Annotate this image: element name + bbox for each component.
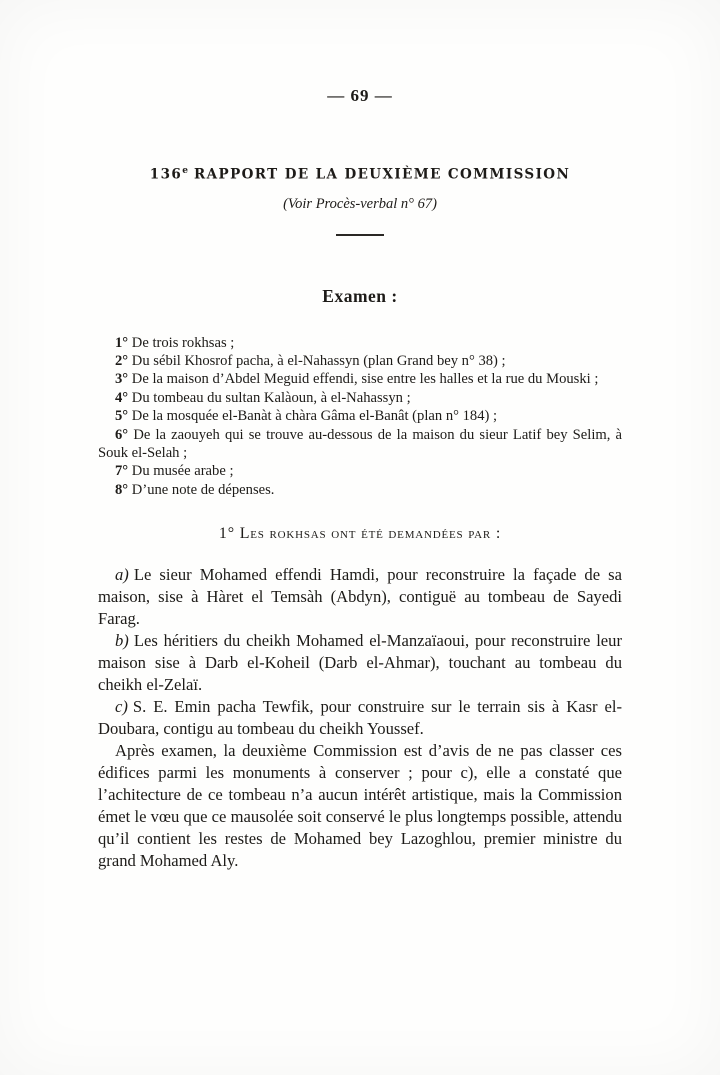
- list-item-number: 7°: [115, 463, 128, 479]
- section-number: 1°: [219, 525, 235, 542]
- report-title-number: 136: [150, 167, 182, 183]
- list-item: 6° De la zaouyeh qui se trouve au-dessou…: [98, 426, 622, 463]
- list-item-number: 5°: [115, 408, 128, 424]
- list-item-number: 6°: [115, 427, 128, 443]
- list-item-number: 2°: [115, 353, 128, 369]
- paragraph-text: Le sieur Mohamed effendi Hamdi, pour rec…: [98, 565, 622, 628]
- paragraph-b: b)Les héritiers du cheikh Mohamed el-Man…: [98, 630, 622, 696]
- list-item-text: Du tombeau du sultan Kalàoun, à el-Nahas…: [132, 390, 411, 406]
- list-item-text: D’une note de dépenses.: [132, 482, 275, 498]
- list-item-text: De la mosquée el-Banàt à chàra Gâma el-B…: [132, 408, 497, 424]
- report-subtitle: (Voir Procès-verbal n° 67): [0, 196, 720, 213]
- page-number: — 69 —: [0, 86, 720, 106]
- paragraph-marker: b): [115, 631, 129, 650]
- list-item: 8° D’une note de dépenses.: [98, 481, 622, 499]
- list-item-text: De la zaouyeh qui se trouve au-dessous d…: [98, 427, 622, 461]
- list-item-text: De la maison d’Abdel Meguid effendi, sis…: [132, 371, 599, 387]
- list-item-number: 1°: [115, 335, 128, 351]
- paragraph-marker: a): [115, 565, 129, 584]
- paragraph-conclusion: Après examen, la deuxième Commission est…: [98, 740, 622, 872]
- section-heading: 1° Les rokhsas ont été demandées par :: [98, 525, 622, 543]
- list-item: 5° De la mosquée el-Banàt à chàra Gâma e…: [98, 407, 622, 425]
- list-item-number: 8°: [115, 482, 128, 498]
- list-item-number: 3°: [115, 371, 128, 387]
- report-title-ordinal: e: [182, 166, 188, 176]
- body-paragraphs: a)Le sieur Mohamed effendi Hamdi, pour r…: [98, 564, 622, 872]
- paragraph-c: c)S. E. Emin pacha Tewfik, pour construi…: [98, 696, 622, 740]
- list-item-number: 4°: [115, 390, 128, 406]
- list-item-text: Du sébil Khosrof pacha, à el-Nahassyn (p…: [132, 353, 506, 369]
- report-title-text: RAPPORT DE LA DEUXIÈME COMMISSION: [194, 167, 570, 183]
- list-item: 7° Du musée arabe ;: [98, 462, 622, 480]
- examined-items-list: 1° De trois rokhsas ; 2° Du sébil Khosro…: [98, 334, 622, 500]
- list-item: 1° De trois rokhsas ;: [98, 334, 622, 352]
- list-item-text: Du musée arabe ;: [132, 463, 234, 479]
- separator-rule: [336, 234, 384, 236]
- list-item-text: De trois rokhsas ;: [132, 335, 235, 351]
- list-item: 3° De la maison d’Abdel Meguid effendi, …: [98, 370, 622, 388]
- list-item: 2° Du sébil Khosrof pacha, à el-Nahassyn…: [98, 352, 622, 370]
- paragraph-text: S. E. Emin pacha Tewfik, pour construire…: [98, 697, 622, 738]
- list-item: 4° Du tombeau du sultan Kalàoun, à el-Na…: [98, 389, 622, 407]
- examen-heading: Examen :: [0, 286, 720, 307]
- section-heading-text: Les rokhsas ont été demandées par :: [240, 525, 501, 542]
- paragraph-a: a)Le sieur Mohamed effendi Hamdi, pour r…: [98, 564, 622, 630]
- paragraph-marker: c): [115, 697, 128, 716]
- document-page: — 69 — 136e RAPPORT DE LA DEUXIÈME COMMI…: [0, 0, 720, 1075]
- paragraph-text: Après examen, la deuxième Commission est…: [98, 741, 622, 870]
- report-title: 136e RAPPORT DE LA DEUXIÈME COMMISSION: [0, 166, 720, 183]
- paragraph-text: Les héritiers du cheikh Mohamed el-Manza…: [98, 631, 622, 694]
- text-block: 1° De trois rokhsas ; 2° Du sébil Khosro…: [98, 334, 622, 873]
